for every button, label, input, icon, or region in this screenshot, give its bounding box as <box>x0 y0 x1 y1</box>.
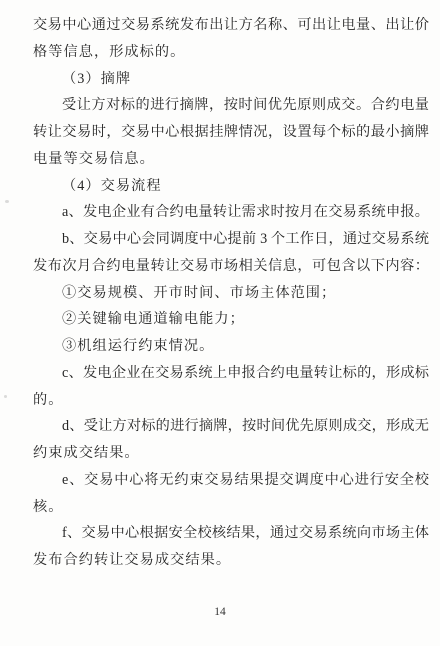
document-body-text: 交易中心通过交易系统发布出让方名称、可出让电量、出让价 格等信息，形成标的。 （… <box>33 12 429 574</box>
text-line: e、交易中心将无约束交易结果提交调度中心进行安全校 <box>33 467 429 494</box>
text-line: ③机组运行约束情况。 <box>33 333 429 360</box>
text-line: c、发电企业在交易系统上申报合约电量转让标的，形成标 <box>33 360 429 387</box>
text-line: a、发电企业有合约电量转让需求时按月在交易系统申报。 <box>33 199 429 226</box>
item-4-heading: （4）交易流程 <box>33 173 429 200</box>
text-line: b、交易中心会同调度中心提前 3 个工作日，通过交易系统 <box>33 226 429 253</box>
text-line: 交易中心通过交易系统发布出让方名称、可出让电量、出让价 <box>33 12 429 39</box>
scan-speckle <box>4 395 7 398</box>
text-line: 格等信息，形成标的。 <box>33 39 429 66</box>
text-line: ②关键输电通道输电能力； <box>33 306 429 333</box>
text-line: 发布合约转让交易成交结果。 <box>33 547 429 574</box>
text-line: ①交易规模、开市时间、市场主体范围； <box>33 280 429 307</box>
text-line: 约束成交结果。 <box>33 440 429 467</box>
text-line: 受让方对标的进行摘牌，按时间优先原则成交。合约电量 <box>33 92 429 119</box>
document-page: 交易中心通过交易系统发布出让方名称、可出让电量、出让价 格等信息，形成标的。 （… <box>0 0 440 646</box>
scan-speckle <box>5 200 9 203</box>
text-line: d、受让方对标的进行摘牌，按时间优先原则成交，形成无 <box>33 413 429 440</box>
text-line: 的。 <box>33 387 429 414</box>
text-line: 电量等交易信息。 <box>33 146 429 173</box>
text-line: 发布次月合约电量转让交易市场相关信息，可包含以下内容： <box>33 253 429 280</box>
item-3-heading: （3）摘牌 <box>33 66 429 93</box>
text-line: 核。 <box>33 494 429 521</box>
text-line: f、交易中心根据安全校核结果，通过交易系统向市场主体 <box>33 520 429 547</box>
page-number: 14 <box>0 604 440 620</box>
text-line: 转让交易时，交易中心根据挂牌情况，设置每个标的最小摘牌 <box>33 119 429 146</box>
